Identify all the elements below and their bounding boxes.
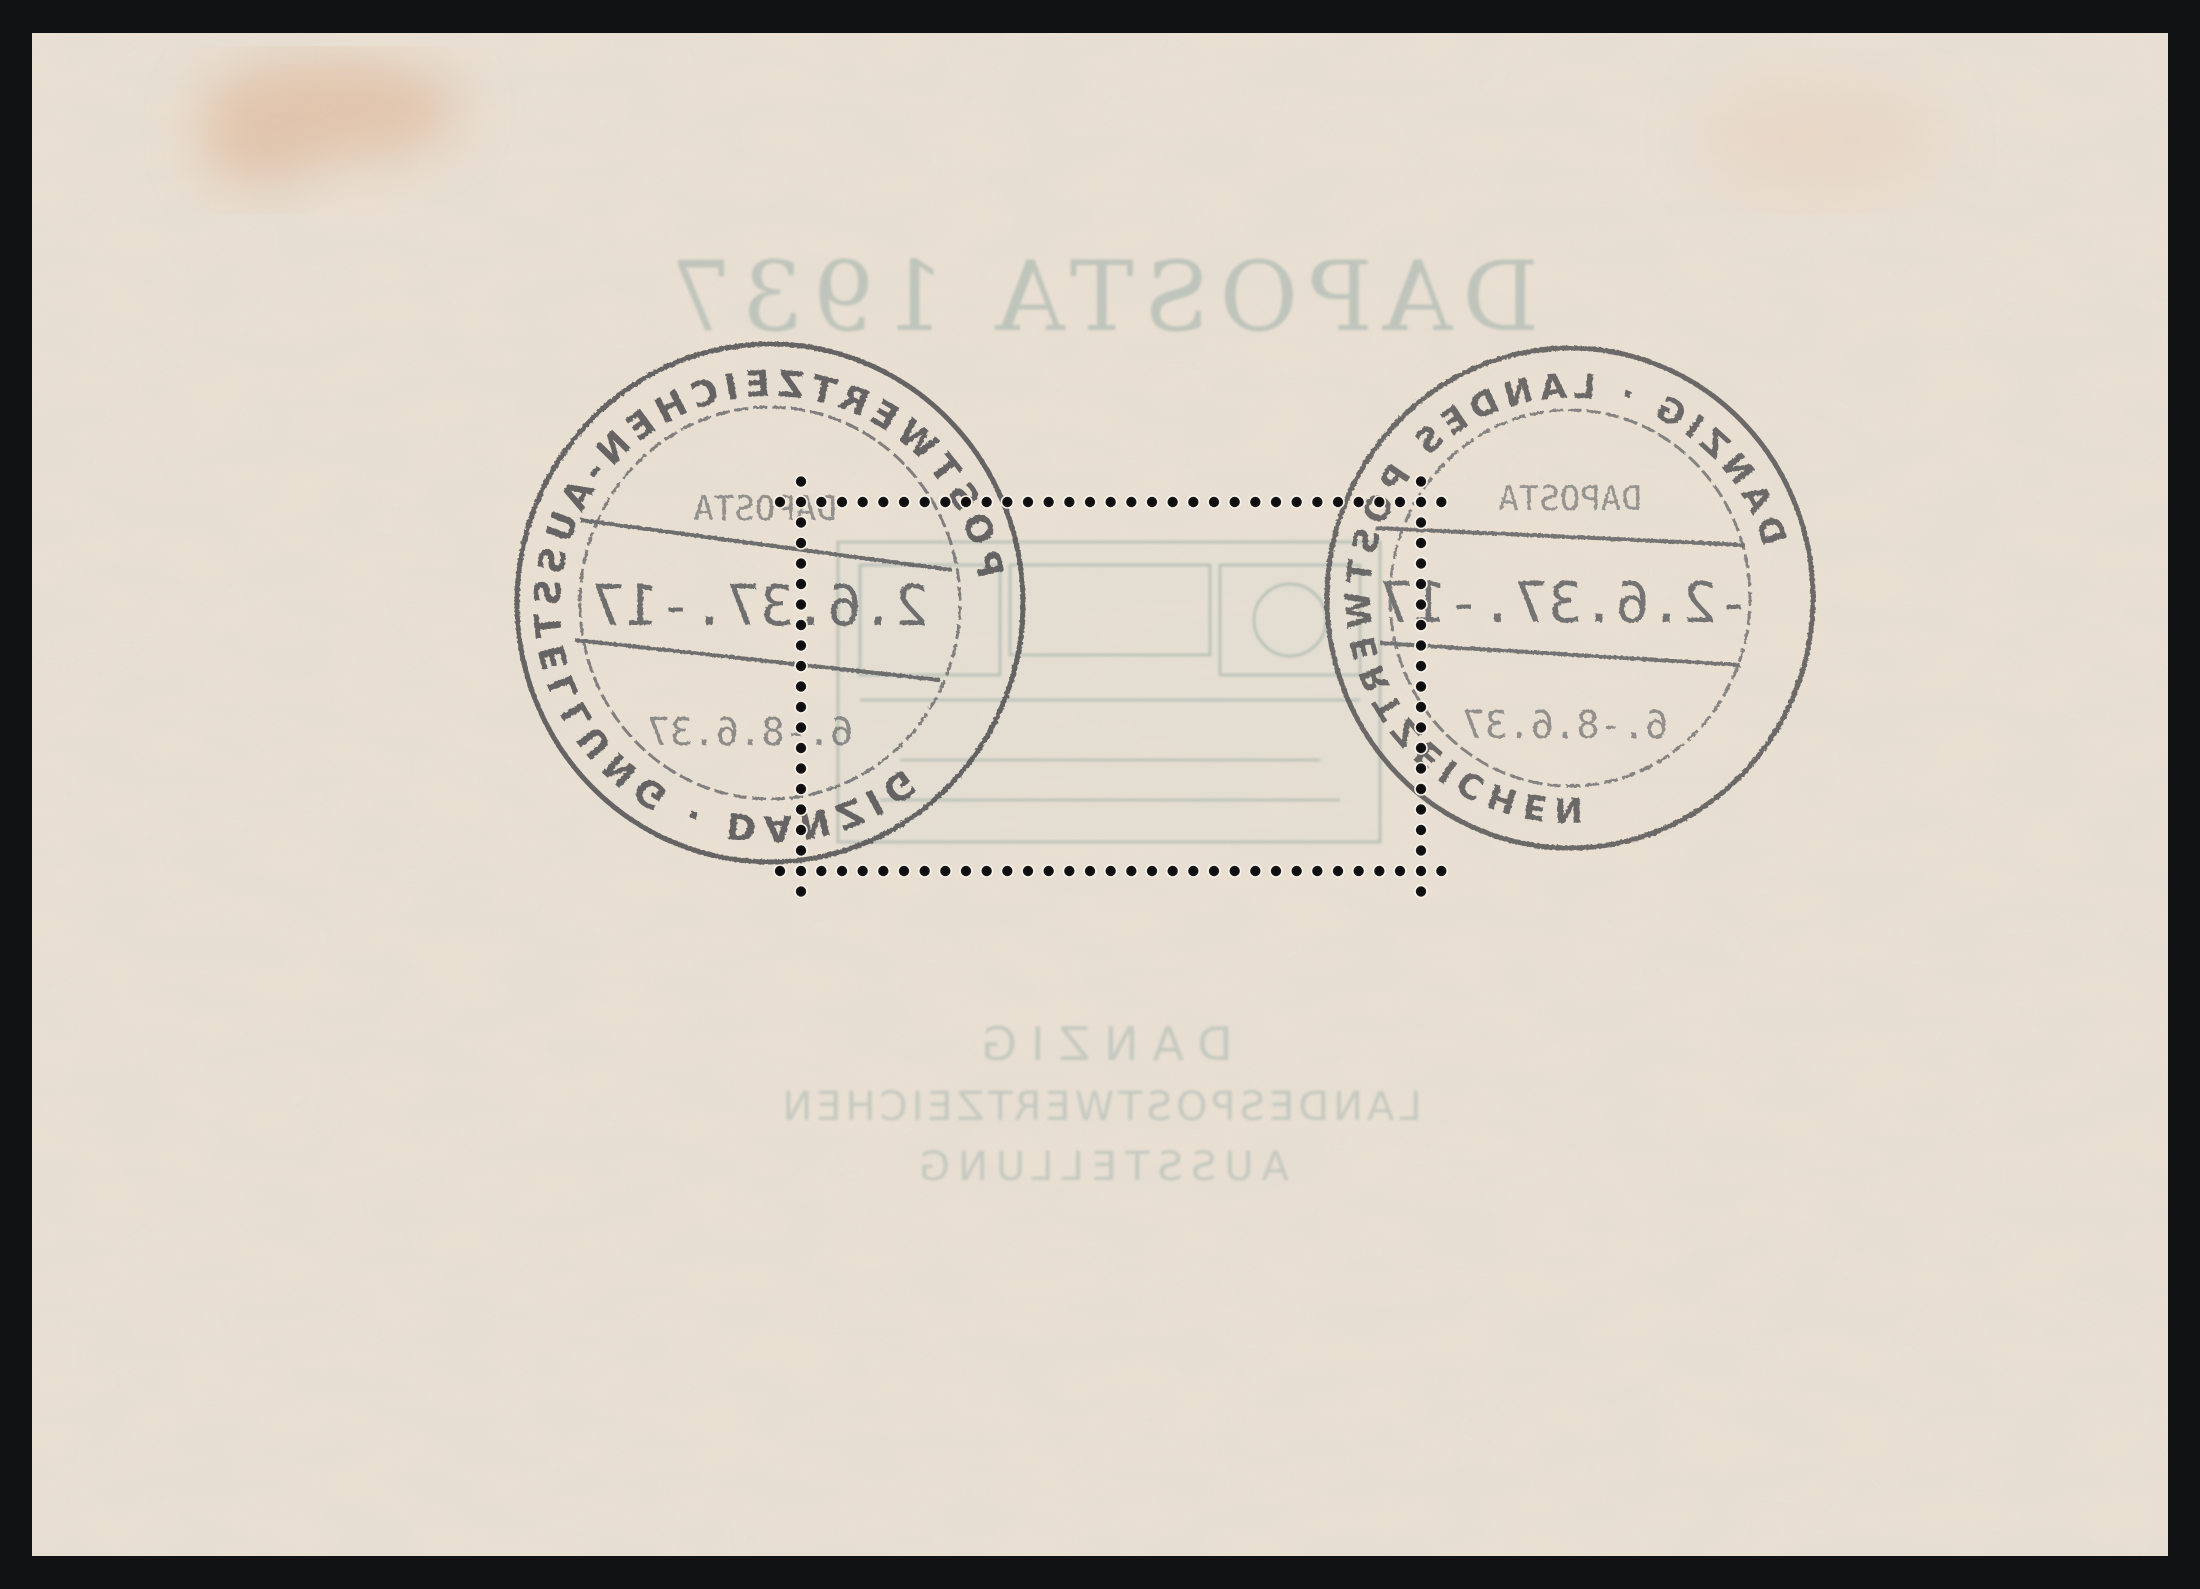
perforation-hole (1333, 866, 1343, 876)
perforation-hole (878, 497, 888, 507)
perforation-hole (961, 497, 971, 507)
perforation-hole (1002, 866, 1012, 876)
perforation-hole (796, 784, 806, 794)
perforation-hole (1416, 661, 1426, 671)
perforation-hole (1416, 784, 1426, 794)
perforation-hole (878, 866, 888, 876)
ghost-line-2: LANDESPOSTWERTZEICHEN (778, 1084, 1421, 1130)
perforation-hole (857, 866, 867, 876)
perforation-hole (1416, 722, 1426, 732)
right-postmark-inner-top: DAPOSTA (1498, 479, 1641, 519)
perforation-hole (1209, 866, 1219, 876)
perforation-hole (1416, 517, 1426, 527)
perforation-hole (1374, 866, 1384, 876)
perforation-hole (1416, 538, 1426, 548)
left-postmark-date: 2.6.37.-17 (591, 574, 928, 639)
perforation-hole (1043, 866, 1053, 876)
perforation-hole (1416, 825, 1426, 835)
perforation-hole (1291, 497, 1301, 507)
perforation-hole (899, 497, 909, 507)
perforation-hole (1374, 497, 1384, 507)
left-postmark-bottom-line: 6.-8.6.37 (647, 710, 853, 754)
ghost-line-3: AUSSTELLUNG (911, 1144, 1289, 1190)
stamp-sheet-scene: DAPOSTA 1937 DANZIG LANDESPOSTWERTZEICHE… (0, 0, 2200, 1589)
perforation-hole (1291, 866, 1301, 876)
perforation-hole (981, 866, 991, 876)
perforation-hole (940, 866, 950, 876)
perforation-hole (796, 517, 806, 527)
perforation-hole (796, 620, 806, 630)
perforation-hole (796, 825, 806, 835)
perforation-hole (1064, 497, 1074, 507)
left-postmark-inner-top: DAPOSTA (693, 489, 836, 529)
perforation-hole (1416, 743, 1426, 753)
perforation-hole (775, 866, 785, 876)
perforation-hole (1064, 866, 1074, 876)
perforation-hole (1188, 497, 1198, 507)
perforation-hole (1209, 497, 1219, 507)
perforation-hole (919, 497, 929, 507)
perforation-hole (1023, 866, 1033, 876)
perforation-hole (1436, 866, 1446, 876)
perforation-hole (796, 497, 806, 507)
perforation-hole (1416, 886, 1426, 896)
perforation-hole (1416, 599, 1426, 609)
perforation-hole (1188, 866, 1198, 876)
perforation-hole (1167, 866, 1177, 876)
perforation-hole (796, 866, 806, 876)
perforation-hole (1167, 497, 1177, 507)
perforation-hole (796, 886, 806, 896)
perforation-hole (1333, 497, 1343, 507)
perforation-hole (1395, 497, 1405, 507)
perforation-hole (940, 497, 950, 507)
perforation-hole (1416, 804, 1426, 814)
perforation-hole (1416, 497, 1426, 507)
perforation-hole (1271, 866, 1281, 876)
perforation-hole (1002, 497, 1012, 507)
perforation-hole (816, 497, 826, 507)
perforation-hole (1105, 866, 1115, 876)
perforation-hole (1416, 476, 1426, 486)
perforation-hole (796, 579, 806, 589)
perforation-hole (1416, 640, 1426, 650)
perforation-hole (796, 804, 806, 814)
perforation-hole (1043, 497, 1053, 507)
perforation-hole (961, 866, 971, 876)
perforation-hole (1312, 866, 1322, 876)
perforation-hole (1312, 497, 1322, 507)
perforation-hole (919, 866, 929, 876)
perforation-hole (1229, 866, 1239, 876)
perforation-hole (1271, 497, 1281, 507)
perforation-hole (796, 763, 806, 773)
perforation-hole (1416, 579, 1426, 589)
perforation-hole (796, 599, 806, 609)
perforation-hole (1416, 558, 1426, 568)
perforation-hole (837, 497, 847, 507)
perforation-hole (796, 702, 806, 712)
ghost-title: DAPOSTA 1937 (661, 241, 1539, 353)
perforation-hole (796, 476, 806, 486)
perforation-hole (1353, 497, 1363, 507)
perforation-hole (1250, 866, 1260, 876)
perforation-hole (1395, 866, 1405, 876)
perforation-hole (1023, 497, 1033, 507)
perforation-hole (899, 866, 909, 876)
perforation-hole (796, 661, 806, 671)
perforation-hole (981, 497, 991, 507)
perforation-hole (1105, 497, 1115, 507)
perforation-hole (857, 497, 867, 507)
perforation-hole (1416, 866, 1426, 876)
right-postmark-bottom-line: 6.-8.6.37 (1462, 703, 1668, 747)
perforation-hole (775, 497, 785, 507)
perforation-hole (1416, 763, 1426, 773)
perforation-hole (796, 845, 806, 855)
perforation-hole (1250, 497, 1260, 507)
perforation-hole (816, 866, 826, 876)
perforation-hole (796, 743, 806, 753)
perforation-hole (1126, 866, 1136, 876)
perforation-hole (1416, 845, 1426, 855)
perforation-hole (796, 722, 806, 732)
perforation-hole (1126, 497, 1136, 507)
perforation-hole (796, 640, 806, 650)
perforation-hole (1416, 681, 1426, 691)
perforation-hole (796, 538, 806, 548)
perforation-hole (837, 866, 847, 876)
perforation-hole (1229, 497, 1239, 507)
perforation-hole (1085, 497, 1095, 507)
perforation-hole (1436, 497, 1446, 507)
perforation-hole (1416, 702, 1426, 712)
right-postmark-date: -2.6.37.-17 (1380, 571, 1751, 636)
perforation-hole (1147, 497, 1157, 507)
perforation-hole (796, 558, 806, 568)
perforation-hole (796, 681, 806, 691)
ghost-line-1: DANZIG (967, 1017, 1232, 1071)
perforation-hole (1416, 620, 1426, 630)
perforation-hole (1085, 866, 1095, 876)
perforation-hole (1147, 866, 1157, 876)
perforation-hole (1353, 866, 1363, 876)
